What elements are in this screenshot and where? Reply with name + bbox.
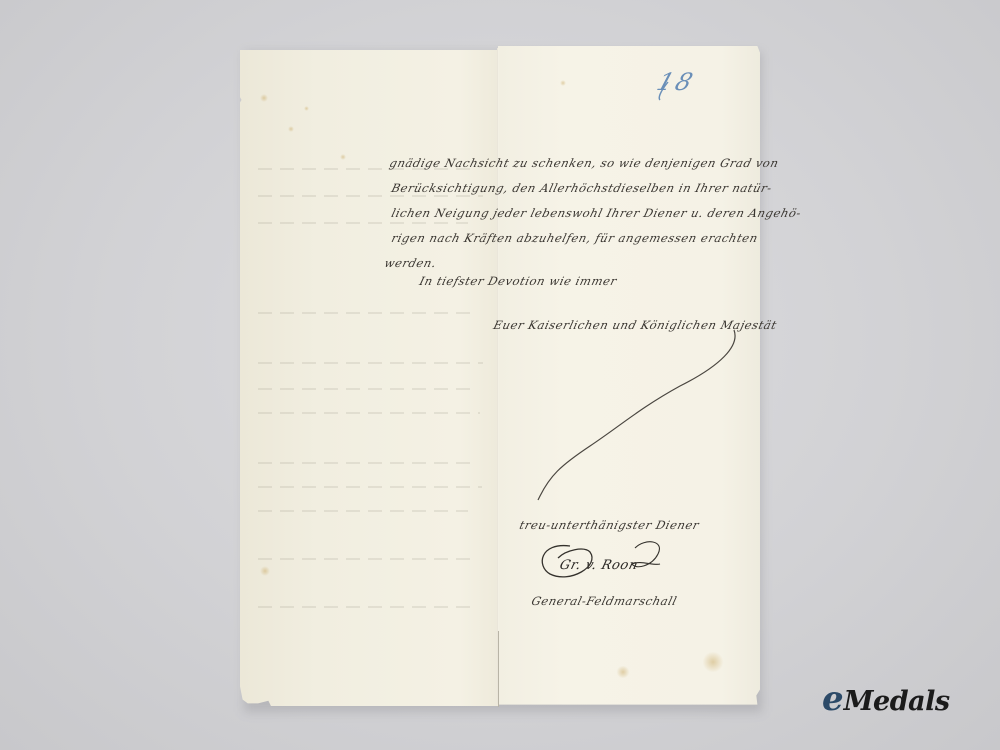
signature-loop (542, 546, 592, 577)
signature-flourish (632, 542, 660, 567)
logo-e: e (822, 682, 844, 716)
photo-scene: 18 gnädige Nachsicht zu schenken, so wie… (0, 0, 1000, 750)
emedals-watermark-logo: e Medals (822, 682, 950, 716)
letter-sheet: 18 gnädige Nachsicht zu schenken, so wie… (240, 46, 760, 708)
pen-flourishes (240, 46, 760, 708)
closing-flourish (538, 330, 735, 500)
page-number-stroke (659, 82, 668, 100)
logo-word: Medals (844, 688, 950, 715)
